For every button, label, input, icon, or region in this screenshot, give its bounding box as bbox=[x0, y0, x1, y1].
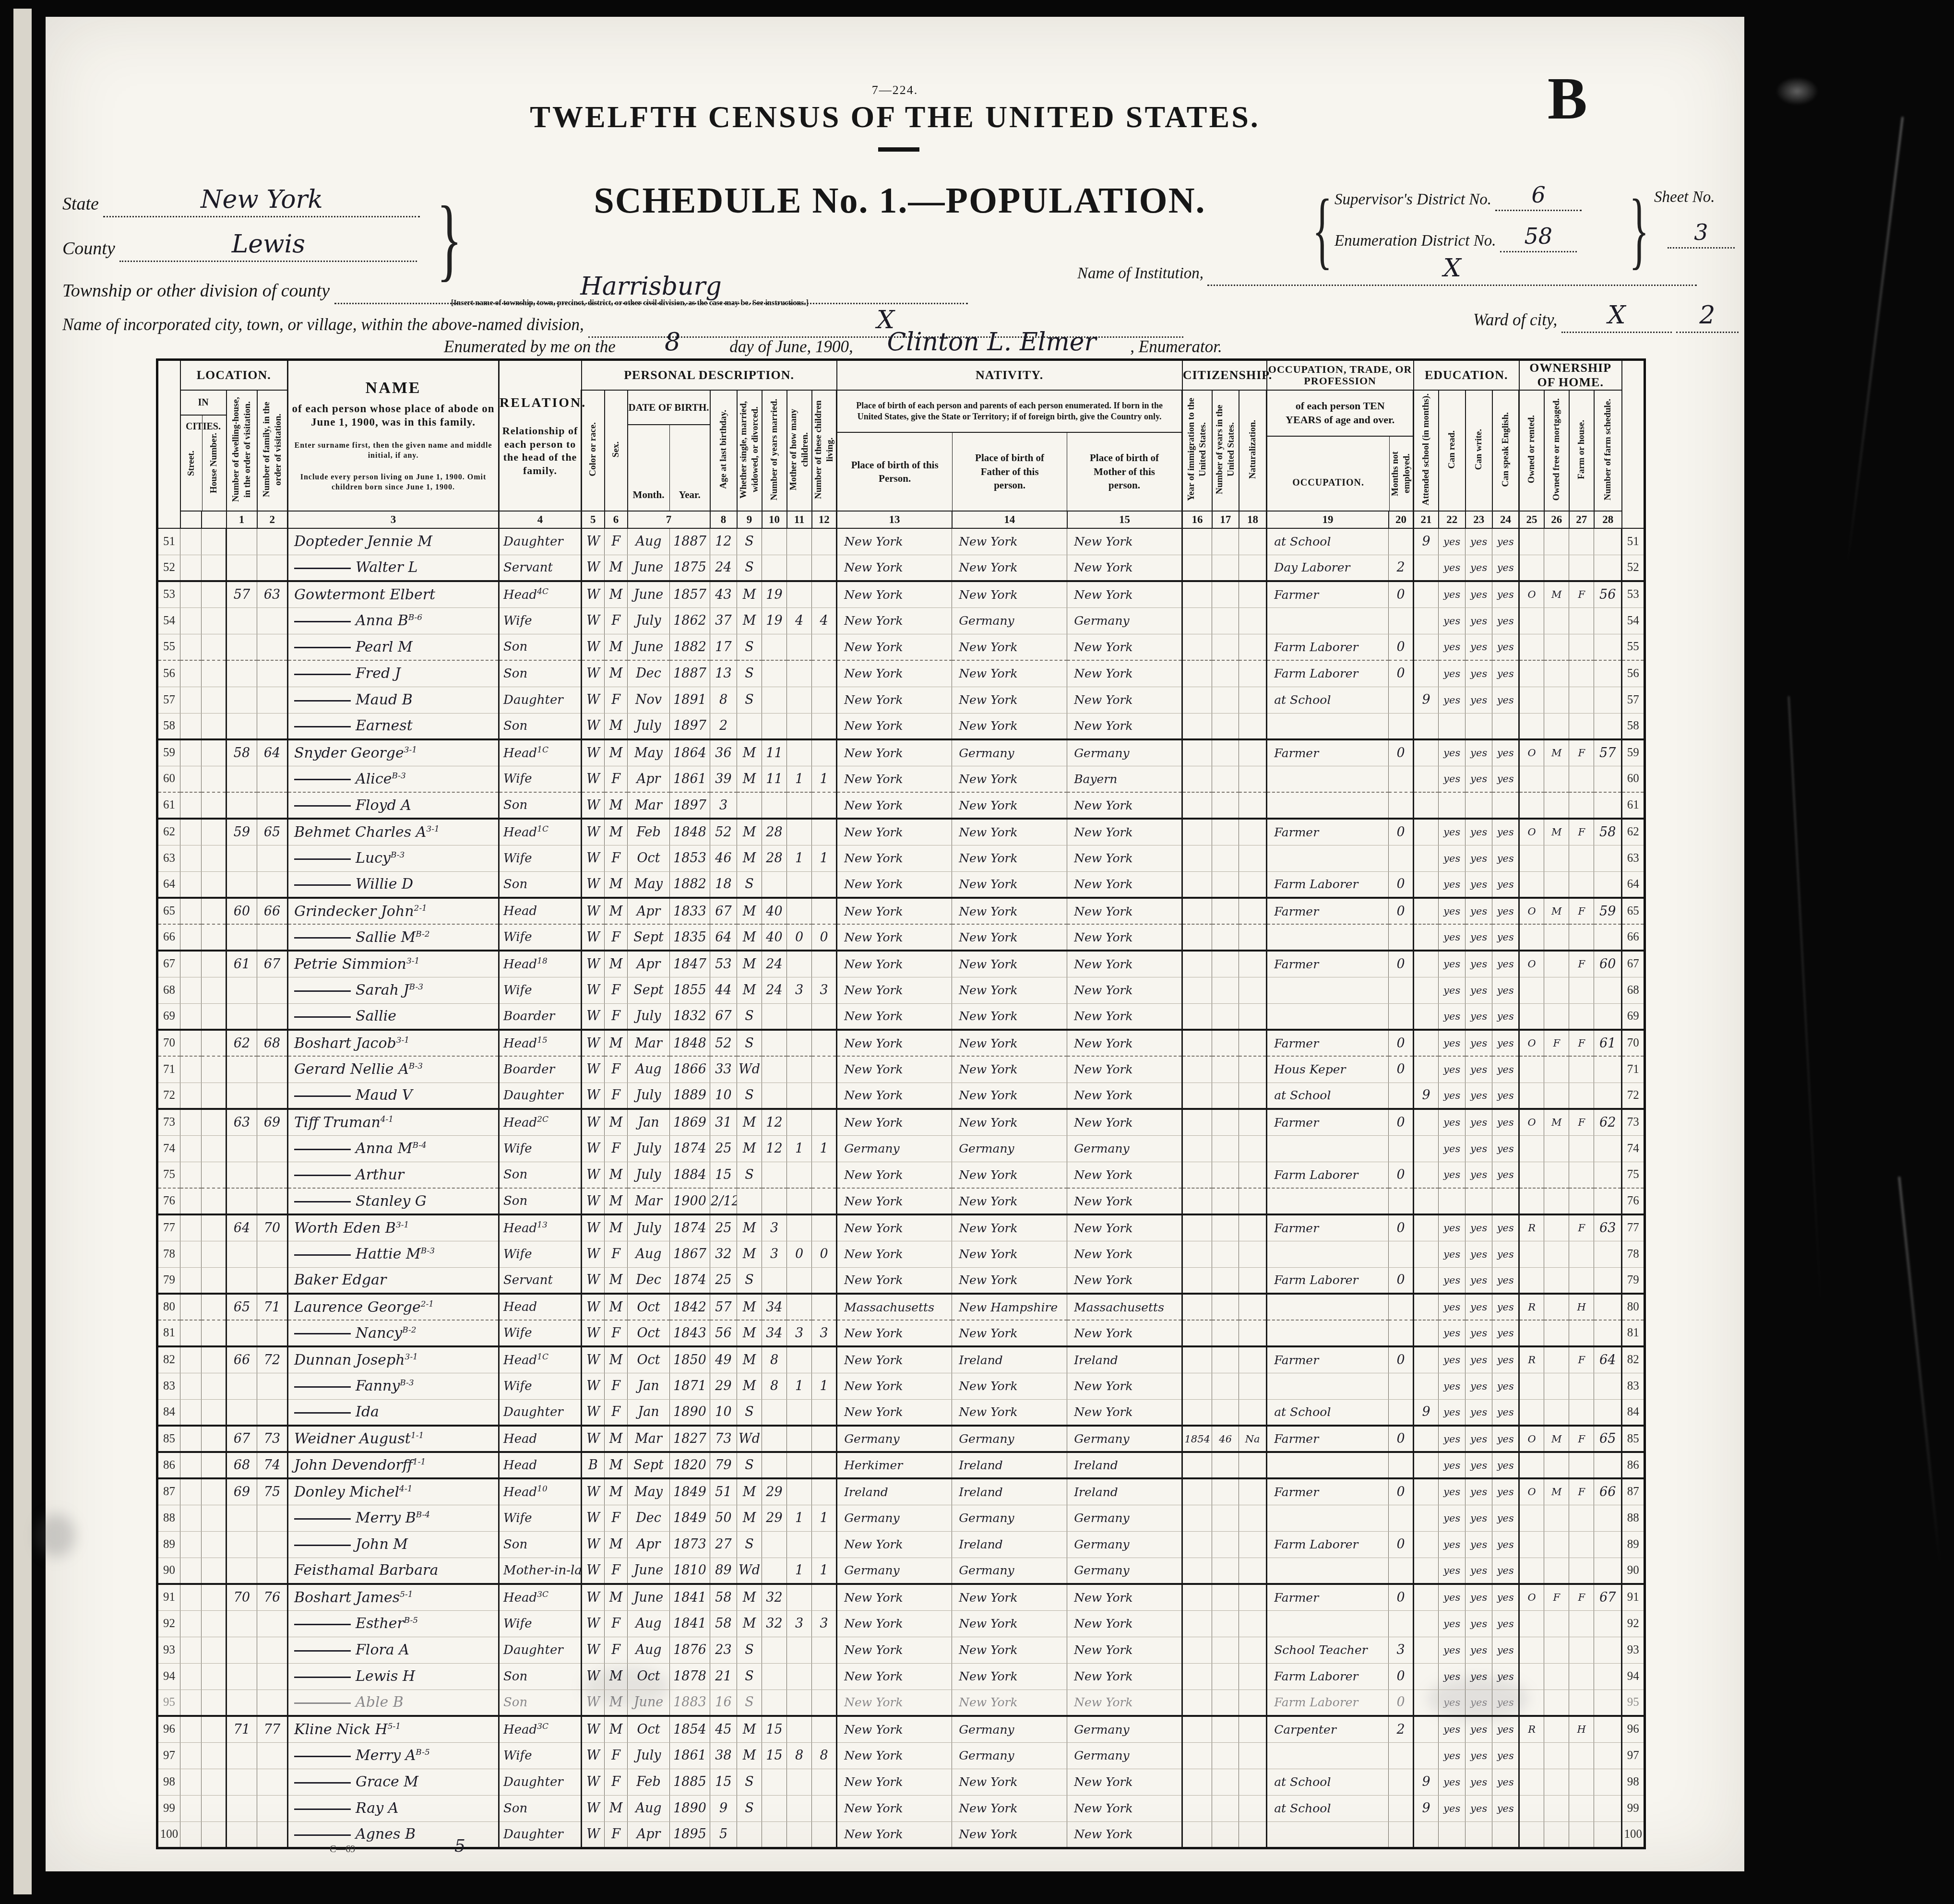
cell-dw bbox=[226, 766, 257, 792]
township-value: Harrisburg bbox=[580, 272, 721, 301]
cell-age: 49 bbox=[710, 1346, 737, 1373]
cell-fh bbox=[1569, 1320, 1594, 1346]
cell-yr: 1890 bbox=[670, 1399, 710, 1426]
cell-wr: yes bbox=[1465, 951, 1492, 977]
cell-street bbox=[180, 1267, 202, 1294]
cell-yu bbox=[1212, 660, 1239, 687]
cell-ln: 66 bbox=[157, 924, 180, 951]
cell-fam bbox=[257, 660, 288, 687]
cell-m: M bbox=[737, 977, 762, 1003]
cell-dw bbox=[226, 924, 257, 951]
cell-rn2: 94 bbox=[1622, 1663, 1645, 1690]
cell-pm: Germany bbox=[1067, 1742, 1182, 1769]
cell-s: F bbox=[605, 1083, 628, 1109]
cell-c: W bbox=[582, 1426, 605, 1452]
cell-pb: New York bbox=[837, 1663, 952, 1690]
cell-en bbox=[1492, 1188, 1519, 1214]
naturalization-header: Naturalization. bbox=[1239, 390, 1267, 511]
continuation-dash bbox=[294, 805, 351, 807]
cell-mu bbox=[1389, 1795, 1414, 1821]
cell-rn2: 83 bbox=[1622, 1373, 1645, 1399]
cell-name: Grindecker John2-1 bbox=[288, 898, 499, 924]
cell-pf: New York bbox=[952, 581, 1067, 607]
cell-fh: F bbox=[1569, 1478, 1594, 1505]
cell-name: Boshart James5-1 bbox=[288, 1584, 499, 1610]
cell-c: W bbox=[582, 1690, 605, 1716]
cell-en: yes bbox=[1492, 1663, 1519, 1690]
cell-oc bbox=[1267, 1003, 1389, 1030]
cell-house bbox=[202, 1610, 226, 1637]
cell-iy bbox=[1182, 819, 1212, 845]
cell-fam bbox=[257, 1373, 288, 1399]
cell-of: M bbox=[1544, 898, 1569, 924]
cell-mu bbox=[1389, 1610, 1414, 1637]
cell-dw bbox=[226, 528, 257, 555]
cell-pm: New York bbox=[1067, 1690, 1182, 1716]
cell-house bbox=[202, 1795, 226, 1821]
cell-ow: R bbox=[1519, 1346, 1544, 1373]
cell-rel: Daughter bbox=[499, 528, 582, 555]
cell-pb: New York bbox=[837, 951, 952, 977]
cell-name: EstherB-5 bbox=[288, 1610, 499, 1637]
cell-fam bbox=[257, 1083, 288, 1109]
in-cities-title: IN CITIES. bbox=[181, 391, 226, 416]
cell-rn2: 56 bbox=[1622, 660, 1645, 687]
cell-na bbox=[1239, 1003, 1267, 1030]
cell-na bbox=[1239, 1056, 1267, 1083]
cell-iy bbox=[1182, 1716, 1212, 1742]
cell-mc bbox=[787, 581, 812, 607]
census-row: 806571Laurence George2-1HeadWMOct184257M… bbox=[157, 1294, 1645, 1320]
cell-yr: 1874 bbox=[670, 1135, 710, 1162]
cell-of bbox=[1544, 1294, 1569, 1320]
cell-house bbox=[202, 1188, 226, 1214]
cell-na bbox=[1239, 1030, 1267, 1056]
dob-header: DATE OF BIRTH. Month. Year. bbox=[628, 390, 710, 511]
cell-sch bbox=[1414, 1241, 1439, 1267]
cell-rd: yes bbox=[1439, 1320, 1465, 1346]
cell-pb: New York bbox=[837, 1769, 952, 1795]
census-row: 656066Grindecker John2-1HeadWMApr183367M… bbox=[157, 898, 1645, 924]
cell-ow: R bbox=[1519, 1214, 1544, 1241]
cell-pb: New York bbox=[837, 1241, 952, 1267]
cell-mu bbox=[1389, 1769, 1414, 1795]
cell-pm: New York bbox=[1067, 792, 1182, 819]
cell-mo: July bbox=[628, 1135, 670, 1162]
cell-fs: 57 bbox=[1594, 739, 1622, 766]
continuation-dash bbox=[294, 884, 351, 886]
cell-c: W bbox=[582, 951, 605, 977]
cell-age: 8 bbox=[710, 687, 737, 713]
cell-house bbox=[202, 1531, 226, 1558]
cell-ln: 69 bbox=[157, 1003, 180, 1030]
cell-en: yes bbox=[1492, 819, 1519, 845]
cell-fs bbox=[1594, 713, 1622, 739]
cell-iy bbox=[1182, 528, 1212, 555]
cell-s: F bbox=[605, 1769, 628, 1795]
cell-m: S bbox=[737, 528, 762, 555]
cell-ln: 70 bbox=[157, 1030, 180, 1056]
cell-cl bbox=[812, 713, 837, 739]
cell-of: M bbox=[1544, 1426, 1569, 1452]
county-value: Lewis bbox=[232, 230, 305, 259]
cell-fam: 68 bbox=[257, 1030, 288, 1056]
census-row: 93Flora ADaughterWFAug187623SNew YorkNew… bbox=[157, 1637, 1645, 1663]
cell-iy bbox=[1182, 1399, 1212, 1426]
cell-pb: Germany bbox=[837, 1558, 952, 1584]
cell-fs bbox=[1594, 1505, 1622, 1531]
cell-street bbox=[180, 845, 202, 871]
cell-ln: 57 bbox=[157, 687, 180, 713]
cell-age: 25 bbox=[710, 1135, 737, 1162]
cell-mo: June bbox=[628, 581, 670, 607]
cell-cl bbox=[812, 1663, 837, 1690]
cell-age: 3 bbox=[710, 792, 737, 819]
cell-wr: yes bbox=[1465, 581, 1492, 607]
cell-rel: Head3C bbox=[499, 1716, 582, 1742]
cell-rel: Wife bbox=[499, 607, 582, 634]
cell-fam bbox=[257, 1003, 288, 1030]
continuation-dash bbox=[294, 1624, 351, 1625]
cell-pf: New York bbox=[952, 1610, 1067, 1637]
cell-c: W bbox=[582, 1610, 605, 1637]
cell-rd: yes bbox=[1439, 1003, 1465, 1030]
cell-ln: 65 bbox=[157, 898, 180, 924]
cell-m: S bbox=[737, 1690, 762, 1716]
census-row: 100Agnes BDaughterWFApr18955New YorkNew … bbox=[157, 1821, 1645, 1848]
cell-mu: 0 bbox=[1389, 1214, 1414, 1241]
cell-wr: yes bbox=[1465, 1426, 1492, 1452]
cell-pb: Germany bbox=[837, 1135, 952, 1162]
cell-rd: yes bbox=[1439, 766, 1465, 792]
cell-fh: F bbox=[1569, 1584, 1594, 1610]
cell-na bbox=[1239, 1821, 1267, 1848]
cell-rel: Head bbox=[499, 1294, 582, 1320]
cell-m: S bbox=[737, 1795, 762, 1821]
cell-iy bbox=[1182, 1135, 1212, 1162]
cell-fam bbox=[257, 1320, 288, 1346]
cell-fam: 73 bbox=[257, 1426, 288, 1452]
cell-oc bbox=[1267, 792, 1389, 819]
cell-s: M bbox=[605, 1294, 628, 1320]
cell-fam bbox=[257, 1531, 288, 1558]
cell-c: W bbox=[582, 687, 605, 713]
cell-rd: yes bbox=[1439, 739, 1465, 766]
cell-m: S bbox=[737, 1162, 762, 1188]
cell-dw bbox=[226, 1003, 257, 1030]
cell-pb: New York bbox=[837, 1109, 952, 1135]
cell-rn2: 57 bbox=[1622, 687, 1645, 713]
cell-of: M bbox=[1544, 739, 1569, 766]
institution-label: Name of Institution, bbox=[1077, 265, 1203, 282]
cell-fam: 71 bbox=[257, 1294, 288, 1320]
cell-age: 13 bbox=[710, 660, 737, 687]
cell-cl bbox=[812, 792, 837, 819]
cell-oc bbox=[1267, 1188, 1389, 1214]
cell-mo: Oct bbox=[628, 1346, 670, 1373]
cell-mu bbox=[1389, 977, 1414, 1003]
cell-mu: 2 bbox=[1389, 1716, 1414, 1742]
cell-fs bbox=[1594, 634, 1622, 660]
cell-pf: New York bbox=[952, 528, 1067, 555]
cell-house bbox=[202, 1505, 226, 1531]
cell-yu bbox=[1212, 924, 1239, 951]
cell-m: S bbox=[737, 1769, 762, 1795]
cell-cl bbox=[812, 1003, 837, 1030]
cell-ow: R bbox=[1519, 1294, 1544, 1320]
cell-house bbox=[202, 607, 226, 634]
cell-pm: New York bbox=[1067, 898, 1182, 924]
cell-pf: New York bbox=[952, 1637, 1067, 1663]
cell-sch bbox=[1414, 713, 1439, 739]
cell-yu bbox=[1212, 1584, 1239, 1610]
cell-fh bbox=[1569, 1373, 1594, 1399]
cell-mu: 0 bbox=[1389, 1346, 1414, 1373]
cell-pb: New York bbox=[837, 660, 952, 687]
cell-rel: Wife bbox=[499, 766, 582, 792]
cell-pb: New York bbox=[837, 1188, 952, 1214]
cell-fam bbox=[257, 1610, 288, 1637]
cell-name: John Devendorff1-1 bbox=[288, 1452, 499, 1478]
cell-rd: yes bbox=[1439, 1558, 1465, 1584]
cell-cl: 1 bbox=[812, 1558, 837, 1584]
cell-sch bbox=[1414, 1716, 1439, 1742]
cell-wr: yes bbox=[1465, 1795, 1492, 1821]
cell-name: Fred J bbox=[288, 660, 499, 687]
cell-name: Gerard Nellie AB-3 bbox=[288, 1056, 499, 1083]
continuation-dash bbox=[294, 1386, 351, 1388]
cell-wr: yes bbox=[1465, 687, 1492, 713]
cell-oc bbox=[1267, 713, 1389, 739]
cell-pf: Ireland bbox=[952, 1478, 1067, 1505]
cell-dw: 60 bbox=[226, 898, 257, 924]
cell-rn2: 79 bbox=[1622, 1267, 1645, 1294]
cell-rel: Son bbox=[499, 1663, 582, 1690]
immigration-year-header: Year of immigration to the United States… bbox=[1182, 390, 1212, 511]
cell-en: yes bbox=[1492, 1294, 1519, 1320]
cell-mo: May bbox=[628, 871, 670, 898]
cell-mc bbox=[787, 739, 812, 766]
cell-na bbox=[1239, 1584, 1267, 1610]
cell-rel: Head bbox=[499, 1452, 582, 1478]
cell-sch bbox=[1414, 555, 1439, 581]
cell-house bbox=[202, 1030, 226, 1056]
cell-street bbox=[180, 1663, 202, 1690]
cell-yu bbox=[1212, 1162, 1239, 1188]
cell-en: yes bbox=[1492, 1505, 1519, 1531]
cell-rn2: 99 bbox=[1622, 1795, 1645, 1821]
cell-rn2: 73 bbox=[1622, 1109, 1645, 1135]
cell-pb: New York bbox=[837, 924, 952, 951]
cell-na bbox=[1239, 1505, 1267, 1531]
cell-of bbox=[1544, 1346, 1569, 1373]
cell-house bbox=[202, 1241, 226, 1267]
nativity-cell: Place of birth of each person and parent… bbox=[837, 390, 1182, 511]
cell-yu bbox=[1212, 1769, 1239, 1795]
sex-header: Sex. bbox=[605, 390, 628, 511]
cell-ln: 90 bbox=[157, 1558, 180, 1584]
cell-ym bbox=[762, 1637, 787, 1663]
cell-mu: 0 bbox=[1389, 819, 1414, 845]
cell-yu bbox=[1212, 1056, 1239, 1083]
occupation-header: OCCUPATION. bbox=[1267, 437, 1389, 511]
cell-s: M bbox=[605, 871, 628, 898]
cell-cl bbox=[812, 1267, 837, 1294]
cell-rn2: 89 bbox=[1622, 1531, 1645, 1558]
cell-house bbox=[202, 1452, 226, 1478]
cell-s: F bbox=[605, 607, 628, 634]
cell-fs bbox=[1594, 1663, 1622, 1690]
cell-mc bbox=[787, 1267, 812, 1294]
cell-ow: O bbox=[1519, 1584, 1544, 1610]
cell-fh bbox=[1569, 1821, 1594, 1848]
ward-fill: X bbox=[1561, 303, 1672, 333]
continuation-dash bbox=[294, 1333, 351, 1334]
cell-pb: New York bbox=[837, 1690, 952, 1716]
cell-oc: at School bbox=[1267, 1083, 1389, 1109]
cell-age: 2/12 bbox=[710, 1188, 737, 1214]
cell-wr: yes bbox=[1465, 1610, 1492, 1637]
cell-name: Kline Nick H5-1 bbox=[288, 1716, 499, 1742]
cell-iy bbox=[1182, 977, 1212, 1003]
cell-mo: Jan bbox=[628, 1399, 670, 1426]
cell-sch bbox=[1414, 845, 1439, 871]
cell-sch bbox=[1414, 1690, 1439, 1716]
cell-rn2: 54 bbox=[1622, 607, 1645, 634]
census-row: 64Willie DSonWMMay188218SNew YorkNew Yor… bbox=[157, 871, 1645, 898]
cell-fh: F bbox=[1569, 739, 1594, 766]
cell-street bbox=[180, 1346, 202, 1373]
cell-yu bbox=[1212, 1795, 1239, 1821]
cell-mc: 3 bbox=[787, 977, 812, 1003]
cell-yr: 1833 bbox=[670, 898, 710, 924]
cell-sch bbox=[1414, 1162, 1439, 1188]
cell-pb: New York bbox=[837, 1795, 952, 1821]
cell-fs bbox=[1594, 977, 1622, 1003]
cell-pm: Ireland bbox=[1067, 1346, 1182, 1373]
cell-ym bbox=[762, 1056, 787, 1083]
cell-en: yes bbox=[1492, 1399, 1519, 1426]
census-row: 88Merry BB-4WifeWFDec184950M2911GermanyG… bbox=[157, 1505, 1645, 1531]
cell-fam bbox=[257, 1663, 288, 1690]
cell-fs bbox=[1594, 1373, 1622, 1399]
cell-sch: 9 bbox=[1414, 1795, 1439, 1821]
cell-ym: 40 bbox=[762, 924, 787, 951]
cell-c: W bbox=[582, 1294, 605, 1320]
cell-ln: 74 bbox=[157, 1135, 180, 1162]
cell-wr: yes bbox=[1465, 1267, 1492, 1294]
cell-m: M bbox=[737, 951, 762, 977]
cell-pm: New York bbox=[1067, 555, 1182, 581]
cell-ln: 88 bbox=[157, 1505, 180, 1531]
cell-oc: Farm Laborer bbox=[1267, 1267, 1389, 1294]
cell-c: W bbox=[582, 1821, 605, 1848]
cell-yu bbox=[1212, 977, 1239, 1003]
cell-iy bbox=[1182, 1584, 1212, 1610]
continuation-dash bbox=[294, 726, 351, 727]
cell-yr: 1866 bbox=[670, 1056, 710, 1083]
cell-street bbox=[180, 1637, 202, 1663]
cell-en: yes bbox=[1492, 871, 1519, 898]
cell-street bbox=[180, 1821, 202, 1848]
cell-c: W bbox=[582, 713, 605, 739]
cell-rd: yes bbox=[1439, 1241, 1465, 1267]
cell-fam: 65 bbox=[257, 819, 288, 845]
cell-wr: yes bbox=[1465, 1373, 1492, 1399]
cell-cl bbox=[812, 951, 837, 977]
cell-ym: 3 bbox=[762, 1241, 787, 1267]
cell-iy bbox=[1182, 898, 1212, 924]
cell-sch bbox=[1414, 581, 1439, 607]
census-row: 63LucyB-3WifeWFOct185346M2811New YorkNew… bbox=[157, 845, 1645, 871]
cell-ow bbox=[1519, 1610, 1544, 1637]
census-row: 75ArthurSonWMJuly188415SNew YorkNew York… bbox=[157, 1162, 1645, 1188]
cell-c: W bbox=[582, 766, 605, 792]
cell-name: Behmet Charles A3-1 bbox=[288, 819, 499, 845]
cell-house bbox=[202, 1346, 226, 1373]
census-row: 90Feisthamal BarbaraMother-in-lawWFJune1… bbox=[157, 1558, 1645, 1584]
cell-fam bbox=[257, 924, 288, 951]
cell-oc: at School bbox=[1267, 528, 1389, 555]
cell-s: F bbox=[605, 528, 628, 555]
cell-s: M bbox=[605, 634, 628, 660]
cell-s: M bbox=[605, 1162, 628, 1188]
cell-fh bbox=[1569, 1742, 1594, 1769]
cell-cl bbox=[812, 1531, 837, 1558]
cell-oc bbox=[1267, 607, 1389, 634]
cell-house bbox=[202, 528, 226, 555]
cell-rel: Wife bbox=[499, 1505, 582, 1531]
cell-na bbox=[1239, 634, 1267, 660]
cell-m: S bbox=[737, 1663, 762, 1690]
cell-name: Sallie MB-2 bbox=[288, 924, 499, 951]
sheet-label: Sheet No. bbox=[1654, 189, 1715, 206]
cell-wr: yes bbox=[1465, 1478, 1492, 1505]
cell-rn2: 62 bbox=[1622, 819, 1645, 845]
cell-yr: 1841 bbox=[670, 1610, 710, 1637]
can-write-header: Can write. bbox=[1465, 390, 1492, 511]
cell-ym bbox=[762, 1769, 787, 1795]
cell-oc: Carpenter bbox=[1267, 1716, 1389, 1742]
cell-of bbox=[1544, 1267, 1569, 1294]
census-row: 94Lewis HSonWMOct187821SNew YorkNew York… bbox=[157, 1663, 1645, 1690]
cell-fh bbox=[1569, 792, 1594, 819]
cell-iy bbox=[1182, 1821, 1212, 1848]
cell-c: W bbox=[582, 555, 605, 581]
cell-name: Laurence George2-1 bbox=[288, 1294, 499, 1320]
cell-yr: 1864 bbox=[670, 739, 710, 766]
cell-m: Wd bbox=[737, 1056, 762, 1083]
cell-mc bbox=[787, 1690, 812, 1716]
cell-yu bbox=[1212, 845, 1239, 871]
cell-m: S bbox=[737, 660, 762, 687]
cell-sch bbox=[1414, 1056, 1439, 1083]
cell-yr: 1887 bbox=[670, 528, 710, 555]
cell-mc bbox=[787, 1531, 812, 1558]
census-row: 967177Kline Nick H5-1Head3CWMOct185445M1… bbox=[157, 1716, 1645, 1742]
cell-oc: School Teacher bbox=[1267, 1637, 1389, 1663]
cell-c: W bbox=[582, 1188, 605, 1214]
continuation-dash bbox=[294, 990, 351, 992]
state-fill: New York bbox=[103, 187, 420, 217]
cell-house bbox=[202, 1478, 226, 1505]
cell-cl bbox=[812, 1637, 837, 1663]
cell-ln: 60 bbox=[157, 766, 180, 792]
cell-yr: 1874 bbox=[670, 1214, 710, 1241]
cell-en: yes bbox=[1492, 1135, 1519, 1162]
scan-smudge bbox=[37, 1514, 75, 1557]
cell-mc bbox=[787, 1188, 812, 1214]
